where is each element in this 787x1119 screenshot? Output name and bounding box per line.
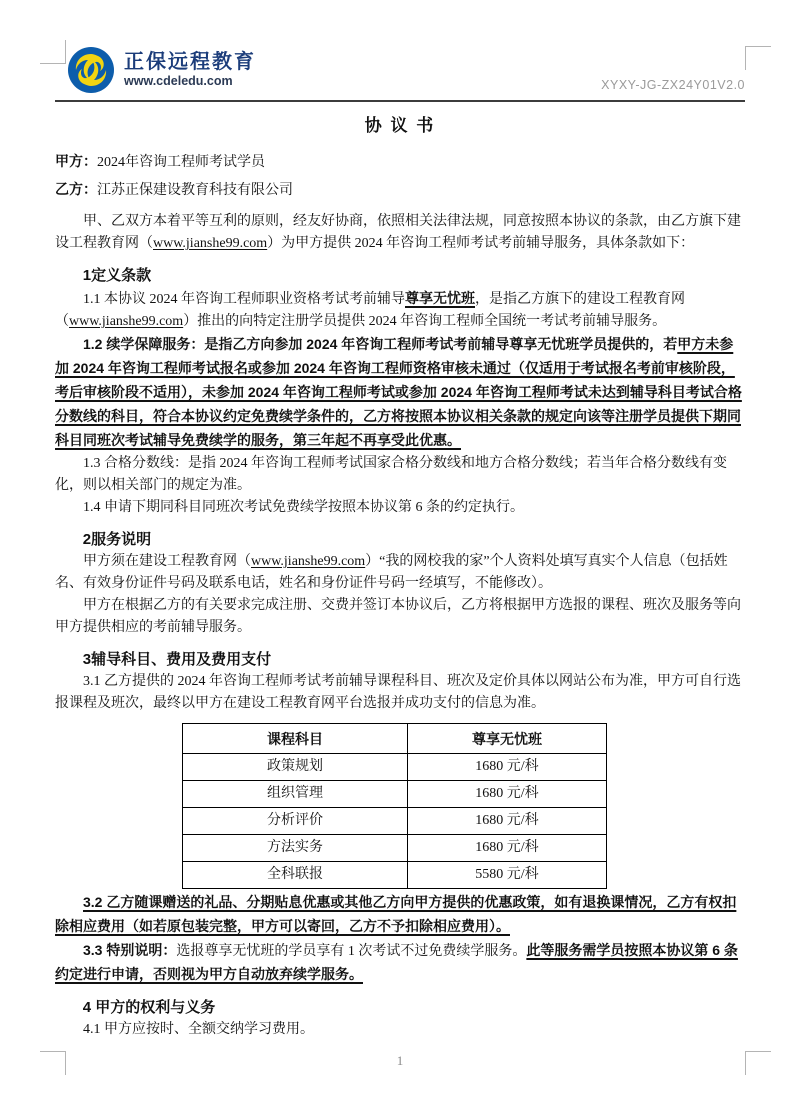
text-segment: 选报尊享无忧班的学员享有 1 次考试不过免费续学服务。 (176, 944, 526, 959)
table-header-row: 课程科目 尊享无忧班 (183, 724, 607, 754)
table-cell: 组织管理 (183, 781, 408, 808)
text-segment: 1.2 续学保障服务：是指乙方向参加 2024 年咨询工程师考试考前辅导尊享无忧… (83, 336, 677, 352)
table-row: 全科联报5580 元/科 (183, 862, 607, 889)
section-2-paragraphs: 甲方须在建设工程教育网（www.jianshe99.com）“我的网校我的家”个… (55, 551, 745, 639)
crop-mark-top-right (745, 46, 771, 70)
party-a-value: 2024年咨询工程师考试学员 (97, 155, 265, 170)
inline-link[interactable]: www.jianshe99.com (153, 236, 267, 251)
section-4-paragraphs: 4.1 甲方应按时、全额交纳学习费用。 (55, 1019, 745, 1041)
section-heading-4: 4 甲方的权利与义务 (55, 997, 745, 1019)
paragraph: 3.1 乙方提供的 2024 年咨询工程师考试考前辅导课程科目、班次及定价具体以… (55, 671, 745, 715)
brand-text: 正保远程教育 www.cdeledu.com (124, 51, 256, 89)
section-heading-3: 3辅导科目、费用及费用支付 (55, 649, 745, 671)
document-page: 正保远程教育 www.cdeledu.com XYXY-JG-ZX24Y01V2… (0, 0, 787, 1119)
crop-mark-bottom-left (40, 1051, 66, 1075)
text-segment: 1.4 申请下期同科目同班次考试免费续学按照本协议第 6 条的约定执行。 (83, 500, 524, 515)
inline-link[interactable]: www.jianshe99.com (251, 554, 365, 569)
paragraph: 甲方须在建设工程教育网（www.jianshe99.com）“我的网校我的家”个… (55, 551, 745, 595)
company-logo-icon (67, 46, 115, 94)
paragraph: 1.4 申请下期同科目同班次考试免费续学按照本协议第 6 条的约定执行。 (55, 497, 745, 519)
paragraph: 4.1 甲方应按时、全额交纳学习费用。 (55, 1019, 745, 1041)
text-segment: 甲方在根据乙方的有关要求完成注册、交费并签订本协议后，乙方将根据甲方选报的课程、… (55, 598, 741, 635)
text-segment: 4.1 甲方应按时、全额交纳学习费用。 (83, 1022, 314, 1037)
page-number: 1 (55, 1050, 745, 1072)
table-cell: 1680 元/科 (408, 835, 607, 862)
paragraph: 甲、乙双方本着平等互利的原则，经友好协商，依照相关法律法规，同意按照本协议的条款… (55, 211, 745, 255)
text-segment: ）为甲方提供 2024 年咨询工程师考试考前辅导服务，具体条款如下： (267, 236, 694, 251)
paragraph: 1.3 合格分数线：是指 2024 年咨询工程师考试国家合格分数线和地方合格分数… (55, 453, 745, 497)
table-row: 组织管理1680 元/科 (183, 781, 607, 808)
table-cell: 分析评价 (183, 808, 408, 835)
text-segment: 3.2 乙方随课赠送的礼品、分期贴息优惠或其他乙方向甲方提供的优惠政策，如有退换… (55, 894, 736, 934)
party-b-label: 乙方： (55, 181, 97, 197)
document-body: 协 议 书 甲方：2024年咨询工程师考试学员 乙方：江苏正保建设教育科技有限公… (0, 115, 787, 1072)
document-code: XYXY-JG-ZX24Y01V2.0 (601, 78, 745, 94)
text-segment: 尊享无忧班 (405, 290, 475, 306)
inline-link[interactable]: www.jianshe99.com (69, 314, 183, 329)
paragraph: 1.2 续学保障服务：是指乙方向参加 2024 年咨询工程师考试考前辅导尊享无忧… (55, 333, 745, 453)
table-row: 分析评价1680 元/科 (183, 808, 607, 835)
crop-mark-top-left (40, 40, 66, 64)
section-3-paragraphs-before-table: 3.1 乙方提供的 2024 年咨询工程师考试考前辅导课程科目、班次及定价具体以… (55, 671, 745, 715)
course-price-table: 课程科目 尊享无忧班 政策规划1680 元/科组织管理1680 元/科分析评价1… (182, 723, 607, 889)
party-b-line: 乙方：江苏正保建设教育科技有限公司 (55, 176, 745, 204)
text-segment: 1.1 本协议 2024 年咨询工程师职业资格考试考前辅导 (83, 292, 405, 307)
party-b-value: 江苏正保建设教育科技有限公司 (97, 183, 293, 198)
section-3-paragraphs-after-table: 3.2 乙方随课赠送的礼品、分期贴息优惠或其他乙方向甲方提供的优惠政策，如有退换… (55, 891, 745, 987)
document-header: 正保远程教育 www.cdeledu.com XYXY-JG-ZX24Y01V2… (55, 46, 745, 102)
table-row: 方法实务1680 元/科 (183, 835, 607, 862)
brand-url[interactable]: www.cdeledu.com (124, 75, 256, 89)
table-cell: 方法实务 (183, 835, 408, 862)
table-row: 政策规划1680 元/科 (183, 754, 607, 781)
section-heading-1: 1定义条款 (55, 265, 745, 287)
party-a-label: 甲方： (55, 153, 97, 169)
table-cell: 1680 元/科 (408, 781, 607, 808)
table-header-class: 尊享无忧班 (408, 724, 607, 754)
section-1-paragraphs: 1.1 本协议 2024 年咨询工程师职业资格考试考前辅导尊享无忧班，是指乙方旗… (55, 287, 745, 519)
table-cell: 1680 元/科 (408, 754, 607, 781)
paragraph: 3.3 特别说明：选报尊享无忧班的学员享有 1 次考试不过免费续学服务。此等服务… (55, 939, 745, 987)
text-segment: ）推出的向特定注册学员提供 2024 年咨询工程师全国统一考试考前辅导服务。 (183, 314, 666, 329)
paragraph: 甲方在根据乙方的有关要求完成注册、交费并签订本协议后，乙方将根据甲方选报的课程、… (55, 595, 745, 639)
text-segment: 3.1 乙方提供的 2024 年咨询工程师考试考前辅导课程科目、班次及定价具体以… (55, 674, 741, 711)
party-a-line: 甲方：2024年咨询工程师考试学员 (55, 148, 745, 176)
paragraph: 3.2 乙方随课赠送的礼品、分期贴息优惠或其他乙方向甲方提供的优惠政策，如有退换… (55, 891, 745, 939)
text-segment: 3.3 特别说明： (83, 942, 176, 958)
text-segment: 1.3 合格分数线：是指 2024 年咨询工程师考试国家合格分数线和地方合格分数… (55, 456, 727, 493)
table-cell: 5580 元/科 (408, 862, 607, 889)
document-title: 协 议 书 (55, 115, 745, 137)
text-segment: 甲方须在建设工程教育网（ (83, 554, 251, 569)
crop-mark-bottom-right (745, 1051, 771, 1075)
table-cell: 全科联报 (183, 862, 408, 889)
paragraph: 1.1 本协议 2024 年咨询工程师职业资格考试考前辅导尊享无忧班，是指乙方旗… (55, 287, 745, 333)
intro-paragraph: 甲、乙双方本着平等互利的原则，经友好协商，依照相关法律法规，同意按照本协议的条款… (55, 211, 745, 255)
table-cell: 政策规划 (183, 754, 408, 781)
section-heading-2: 2服务说明 (55, 529, 745, 551)
brand-name: 正保远程教育 (124, 51, 256, 73)
table-body: 政策规划1680 元/科组织管理1680 元/科分析评价1680 元/科方法实务… (183, 754, 607, 889)
table-header-subject: 课程科目 (183, 724, 408, 754)
brand-block: 正保远程教育 www.cdeledu.com (55, 46, 256, 94)
parties-block: 甲方：2024年咨询工程师考试学员 乙方：江苏正保建设教育科技有限公司 (55, 148, 745, 204)
table-cell: 1680 元/科 (408, 808, 607, 835)
text-segment: 甲方未参加 2024 年咨询工程师考试报名或参加 2024 年咨询工程师资格审核… (55, 336, 742, 448)
